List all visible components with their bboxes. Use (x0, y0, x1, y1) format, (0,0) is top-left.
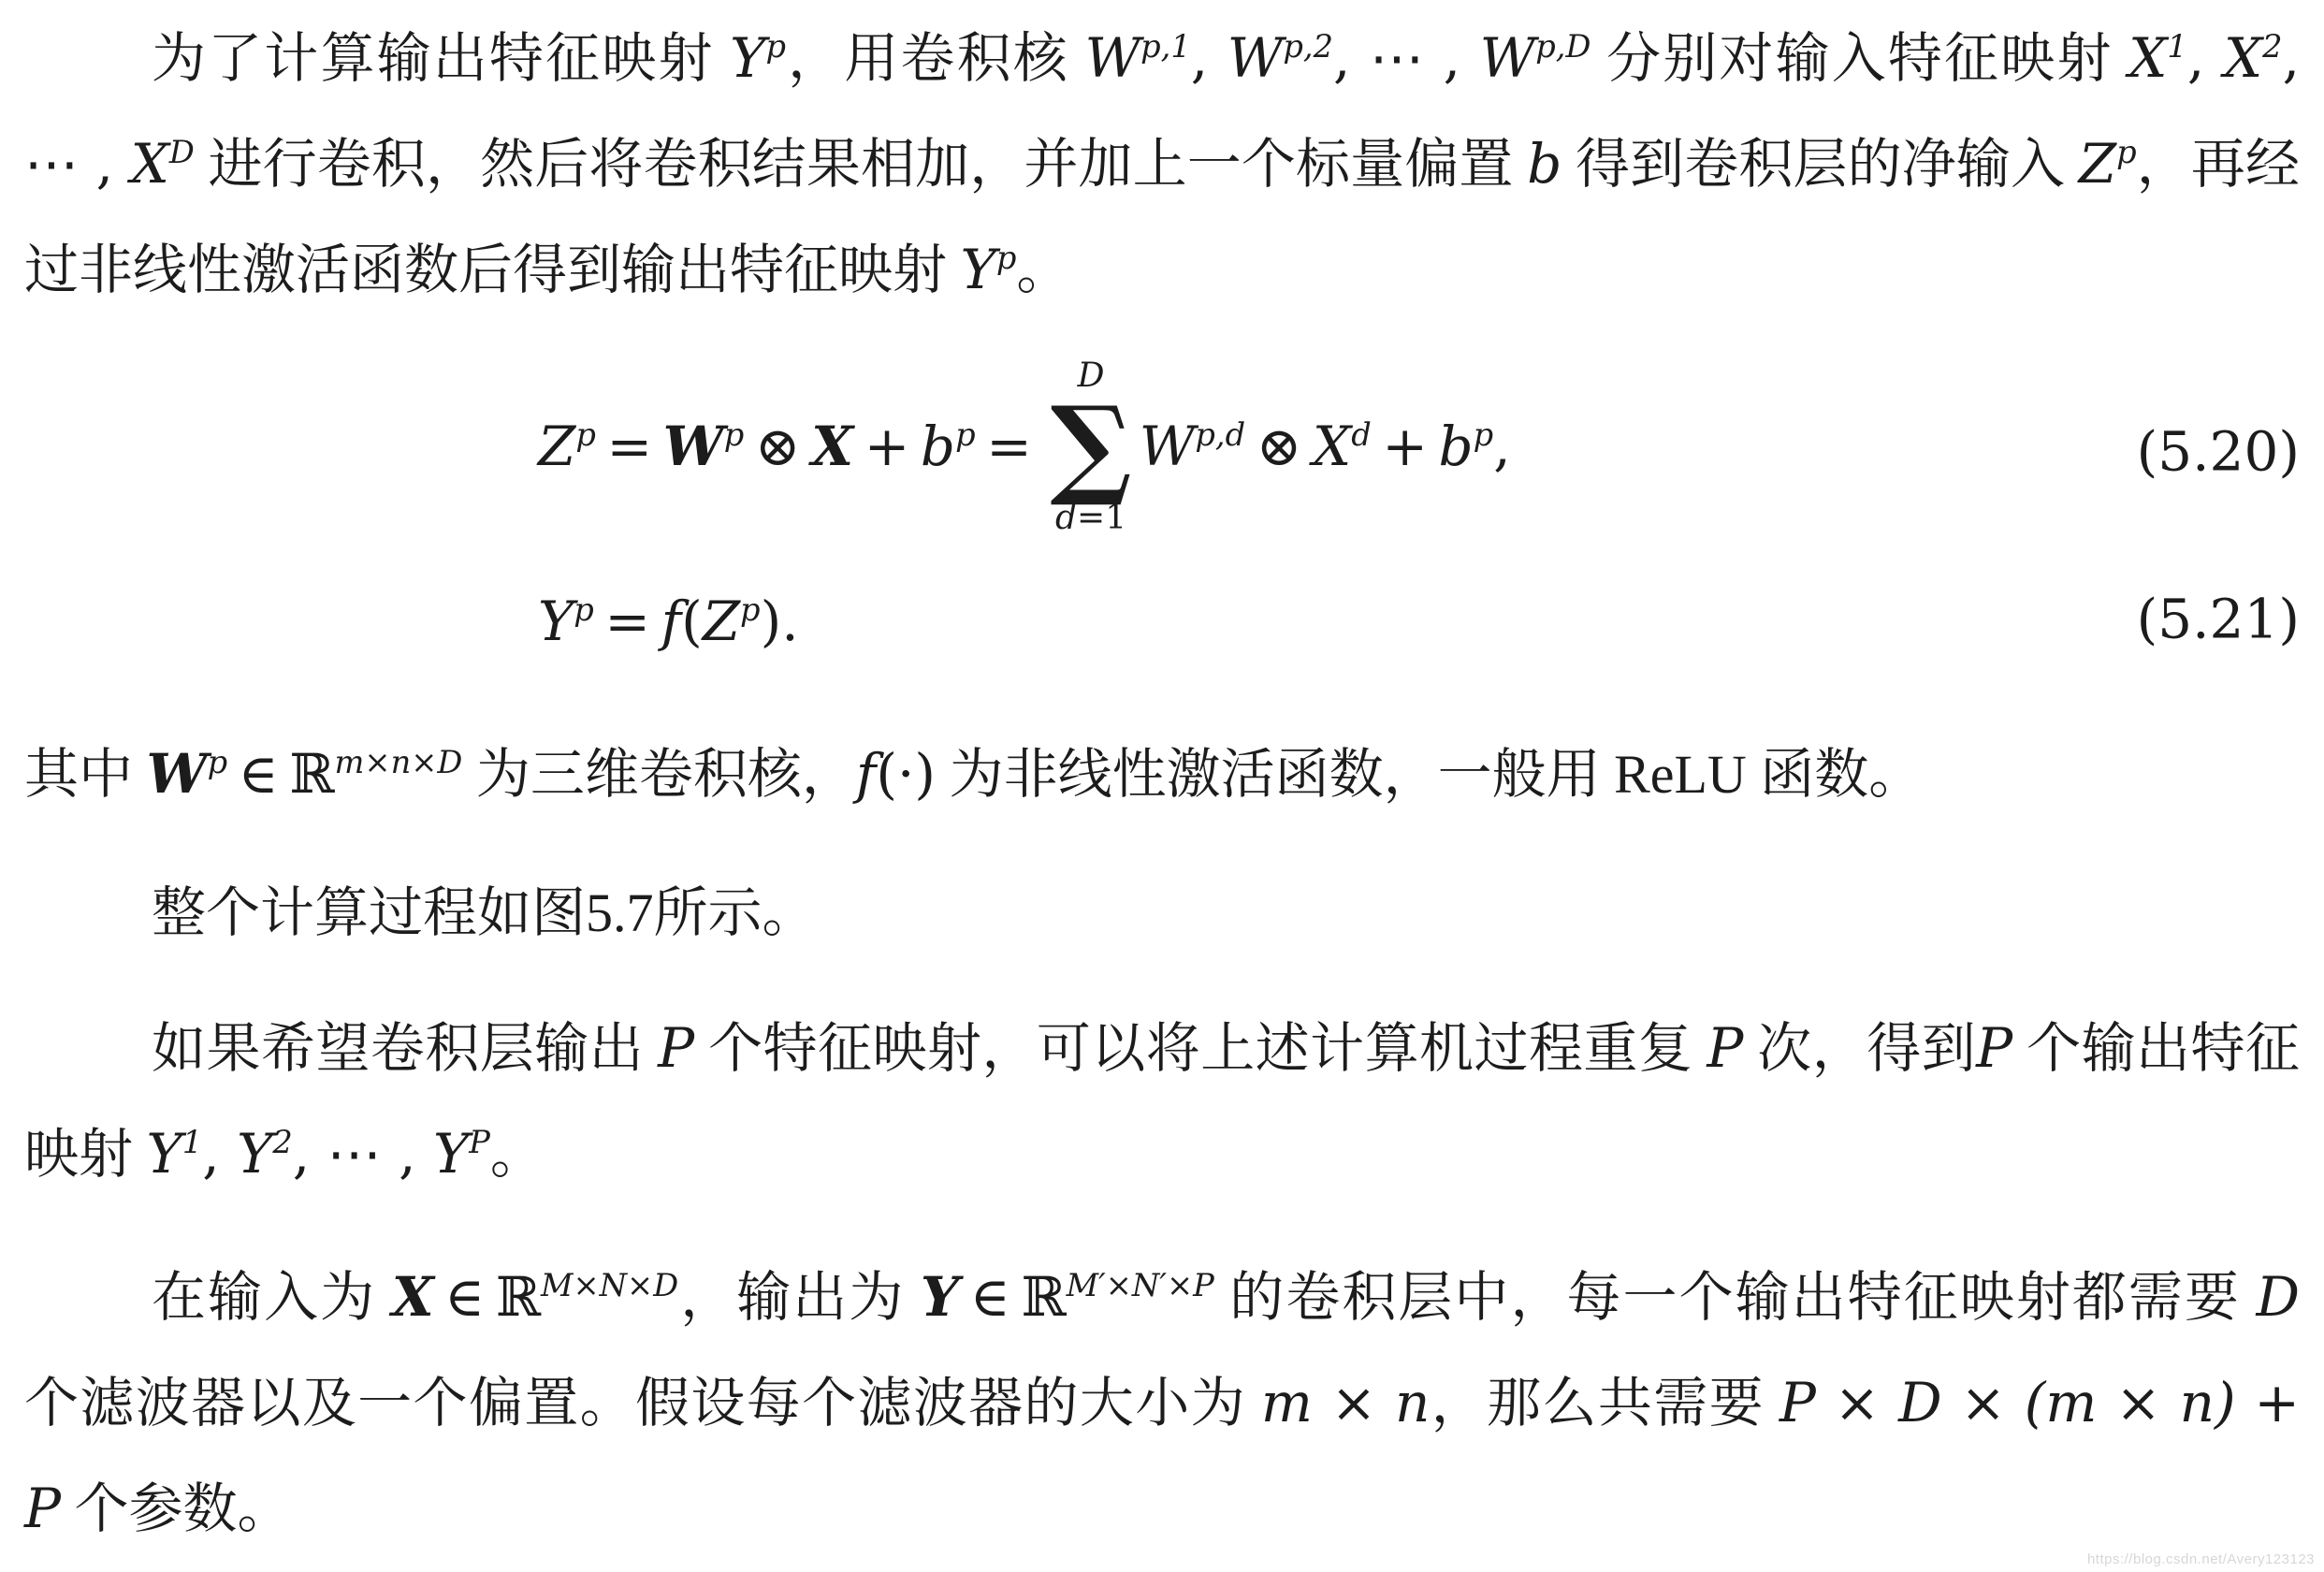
element-of-operator: ∈ (434, 1265, 496, 1329)
math-group: Wp,2 (1227, 28, 1333, 89)
math-sup: D (169, 134, 195, 170)
text-run: 如果希望卷积层输出 (152, 1018, 658, 1079)
math-var: W (1140, 415, 1196, 478)
text-run: 次，得到 (1743, 1018, 1976, 1079)
math-group: bp (1439, 416, 1494, 477)
math-group: Wp (147, 744, 228, 805)
equals-operator: = (596, 415, 663, 478)
paragraph-parameter-count: 在输入为 X∈ℝM×N×D，输出为 Y∈ℝM′×N′×P 的卷积层中，每一个输出… (24, 1244, 2300, 1562)
text-run: 在输入为 (152, 1267, 392, 1328)
math-sup: p,d (1195, 416, 1245, 453)
equation-number: (5.21) (2137, 589, 2300, 651)
math-sup: p (1474, 416, 1494, 453)
math-ellipsis: , ⋯ , (293, 1122, 433, 1186)
paragraph-conv-computation: 为了计算输出特征映射 Yp，用卷积核 Wp,1, Wp,2, ⋯ , Wp,D … (24, 6, 2300, 323)
text-run: 征映射 (1944, 28, 2128, 89)
element-of-operator: ∈ (227, 742, 289, 806)
math-group: Xd (1313, 416, 1372, 477)
math-symbol-reals: ℝ (496, 1265, 541, 1329)
math-args: (·) (876, 742, 936, 806)
math-var: d (1055, 499, 1077, 537)
text-run: , (202, 1122, 237, 1186)
math-sup: 1 (2167, 28, 2186, 65)
math-group: Yp (538, 591, 594, 652)
equation-5-21: Yp=f(Zp). (5.21) (538, 578, 2300, 662)
math-group: XD (131, 134, 195, 195)
text-run: ，那 (1430, 1373, 1542, 1434)
math-var: Z (2079, 132, 2116, 196)
math-group: Zp (703, 591, 761, 652)
math-sup: p,1 (1140, 28, 1191, 65)
math-sup: p,2 (1283, 28, 1333, 65)
math-sup: 2 (2262, 28, 2282, 65)
math-sup: M′×N′×P (1067, 1267, 1214, 1303)
paragraph-figure-reference: 整个计算过程如图5.7所示。 (24, 861, 2300, 966)
math-group: Wp (663, 416, 745, 477)
math-group: ℝm×n×D (289, 744, 462, 805)
element-of-operator: ∈ (959, 1265, 1021, 1329)
math-group: Wp,1 (1085, 28, 1191, 89)
math-var: Z (703, 589, 740, 653)
page-watermark: https://blog.csdn.net/Avery123123 (2087, 1551, 2315, 1567)
math-var: b (921, 415, 955, 478)
math-var: W (1227, 26, 1284, 90)
math-group: Zp (538, 416, 596, 477)
summation: D∑d=1 (1050, 357, 1131, 537)
open-paren: ( (681, 589, 703, 653)
math-var: D (2256, 1265, 2300, 1329)
math-group: ℝM×N×D (496, 1267, 678, 1328)
math-var: Y (237, 1122, 272, 1186)
math-group: Wp,d (1140, 416, 1245, 477)
math-symbol-reals: ℝ (289, 742, 334, 806)
math-var: Y (961, 238, 996, 301)
math-var: P (1976, 1016, 2012, 1080)
math-sup: 1 (182, 1124, 202, 1160)
math-symbol-reals: ℝ (1021, 1265, 1066, 1329)
math-group: Wp,D (1480, 28, 1591, 89)
math-var: X (2224, 26, 2262, 90)
math-sup: p (765, 28, 786, 65)
plus-operator: + (1372, 415, 1439, 478)
math-var-bold: W (147, 742, 208, 806)
math-sup: p (575, 416, 596, 453)
math-var: X (2128, 26, 2167, 90)
text-run: 进行卷积，然后将卷积结果相加，并加上一个标量偏置 (195, 134, 1527, 195)
math-function: f (856, 742, 876, 806)
text-run: 么共需要 (1543, 1373, 1779, 1434)
math-var: Y (147, 1122, 182, 1186)
equation-5-20: Zp=Wp⊗X+bp=D∑d=1Wp,d⊗Xd+bp, (5.20) (538, 355, 2300, 550)
math-function: f (661, 589, 681, 653)
math-group: Zp (2079, 134, 2137, 195)
otimes-operator: ⊗ (1245, 415, 1313, 478)
otimes-operator: ⊗ (744, 415, 811, 478)
equation-body: Yp=f(Zp). (538, 590, 799, 654)
math-sup: p (208, 744, 228, 780)
summation-lower-limit: d=1 (1055, 499, 1126, 537)
text-run: 整个计算过程如图5.7所示。 (152, 882, 817, 943)
math-sup: p (2116, 134, 2137, 170)
equation-number: (5.20) (2137, 421, 2300, 484)
trailing-period: . (781, 589, 798, 653)
math-ellipsis: , ⋯ , (1333, 26, 1480, 90)
close-paren: ) (761, 589, 782, 653)
text-run: 为非线性激活函数，一般用 ReLU 函数。 (936, 744, 1923, 805)
math-group: Yp (961, 240, 1017, 300)
text-run: 个滤波器以及一个偏置。假设每个滤波器的大小为 (24, 1373, 1261, 1434)
math-group: bp (921, 416, 976, 477)
math-var: Y (433, 1122, 469, 1186)
math-var-bold: Y (921, 1265, 959, 1329)
text-run: 。 (490, 1124, 545, 1185)
math-var-bold: W (663, 415, 724, 478)
text-run: 分别对输入特 (1590, 28, 1944, 89)
math-sup: p (996, 240, 1017, 276)
math-sup: P (469, 1124, 490, 1160)
equals-operator: = (976, 415, 1043, 478)
math-var: X (1313, 415, 1351, 478)
text-run: , (1191, 26, 1227, 90)
math-group: f(·) (856, 744, 936, 805)
math-sup: d (1351, 416, 1372, 453)
math-sup: p (724, 416, 745, 453)
math-group: X1 (2128, 28, 2187, 89)
text-run: 其中 (24, 744, 147, 805)
math-expression: m × n (1261, 1371, 1431, 1434)
math-var: Y (730, 26, 765, 90)
math-sup: p,D (1535, 28, 1590, 65)
text-run: 个参数。 (61, 1478, 292, 1539)
math-group: Y2 (237, 1124, 293, 1185)
math-sup: p (574, 591, 594, 628)
math-var: b (1439, 415, 1474, 478)
text-run: , (2187, 26, 2224, 90)
text-run: 得到卷积层的净输入 (1561, 134, 2078, 195)
text-run: 特征映射都需要 (1848, 1267, 2257, 1328)
math-var: W (1480, 26, 1536, 90)
math-group: X2 (2224, 28, 2283, 89)
math-var: W (1085, 26, 1141, 90)
math-var: X (131, 132, 169, 196)
math-var-bold: X (392, 1265, 434, 1329)
text-run: =1 (1077, 499, 1126, 537)
math-var: P (658, 1016, 694, 1080)
textbook-page: 为了计算输出特征映射 Yp，用卷积核 Wp,1, Wp,2, ⋯ , Wp,D … (0, 0, 2324, 1562)
text-run: 为了计算输出特征映射 (152, 28, 730, 89)
text-run: ，输出为 (678, 1267, 921, 1328)
math-var: Y (538, 589, 574, 653)
math-var: P (1707, 1016, 1743, 1080)
math-var: Z (538, 415, 575, 478)
text-run: 为三维卷积核， (462, 744, 856, 805)
math-sup: 2 (272, 1124, 292, 1160)
math-sup: p (740, 591, 761, 628)
math-var-bold: X (811, 415, 853, 478)
equals-operator: = (594, 589, 661, 653)
paragraph-p-feature-maps: 如果希望卷积层输出 P 个特征映射，可以将上述计算机过程重复 P 次，得到P 个… (24, 996, 2300, 1207)
math-sup: m×n×D (335, 744, 463, 780)
trailing-comma: , (1493, 415, 1510, 478)
text-run: 。 (1016, 240, 1070, 300)
math-var: b (1527, 132, 1561, 196)
math-group: Yp (730, 28, 786, 89)
equation-body: Zp=Wp⊗X+bp=D∑d=1Wp,d⊗Xd+bp, (538, 362, 1511, 543)
math-group: Y1 (147, 1124, 203, 1185)
text-run: 个特征映射，可以将上述计算机过程重复 (694, 1018, 1707, 1079)
plus-operator: + (853, 415, 921, 478)
text-run: 的卷积层中，每一个输出 (1214, 1267, 1848, 1328)
text-run: ，用卷积核 (786, 28, 1085, 89)
summation-sigma: ∑ (1050, 395, 1131, 498)
math-sup: p (955, 416, 976, 453)
math-group: ℝM′×N′×P (1021, 1267, 1213, 1328)
paragraph-kernel-note: 其中 Wp∈ℝm×n×D 为三维卷积核，f(·) 为非线性激活函数，一般用 Re… (24, 721, 2300, 827)
math-sup: M×N×D (541, 1267, 678, 1303)
math-group: YP (433, 1124, 490, 1185)
